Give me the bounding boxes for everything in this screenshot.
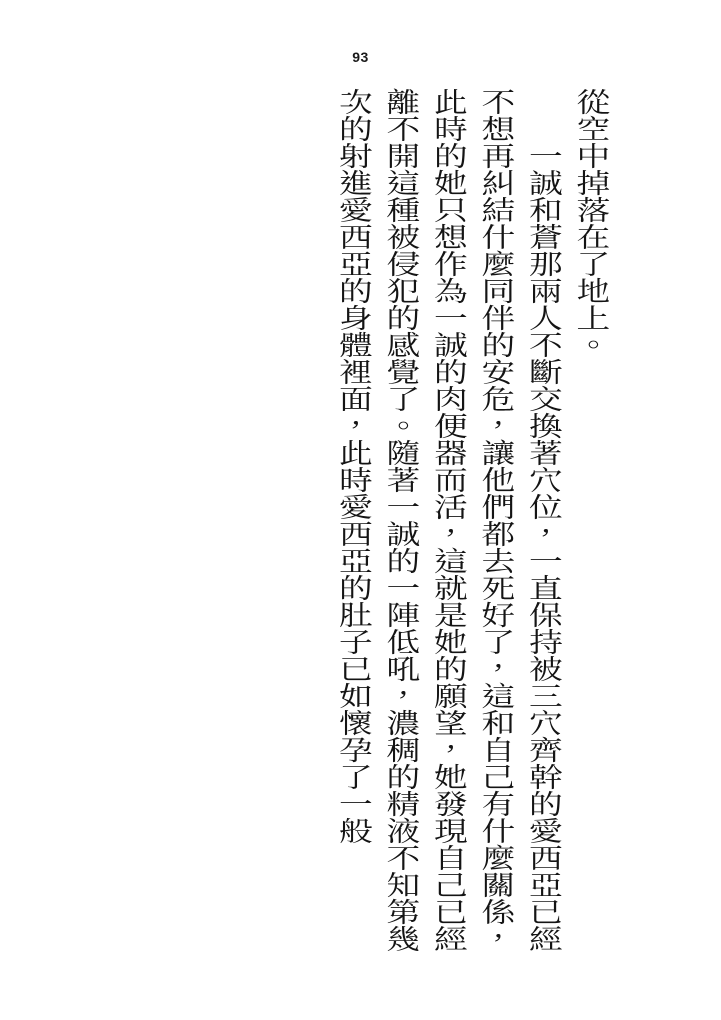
- vertical-text-block: 從空中掉落在了地上。 一誠和蒼那兩人不斷交換著穴位，一直保持被三穴齊幹的愛西亞已…: [329, 88, 614, 958]
- page-number: 93: [0, 49, 721, 65]
- paragraph: 一誠和蒼那兩人不斷交換著穴位，一直保持被三穴齊幹的愛西亞已經不想再糾結什麼同伴的…: [329, 88, 567, 958]
- book-page: 93 從空中掉落在了地上。 一誠和蒼那兩人不斷交換著穴位，一直保持被三穴齊幹的愛…: [0, 0, 721, 1020]
- paragraph-continuation: 從空中掉落在了地上。: [567, 88, 615, 958]
